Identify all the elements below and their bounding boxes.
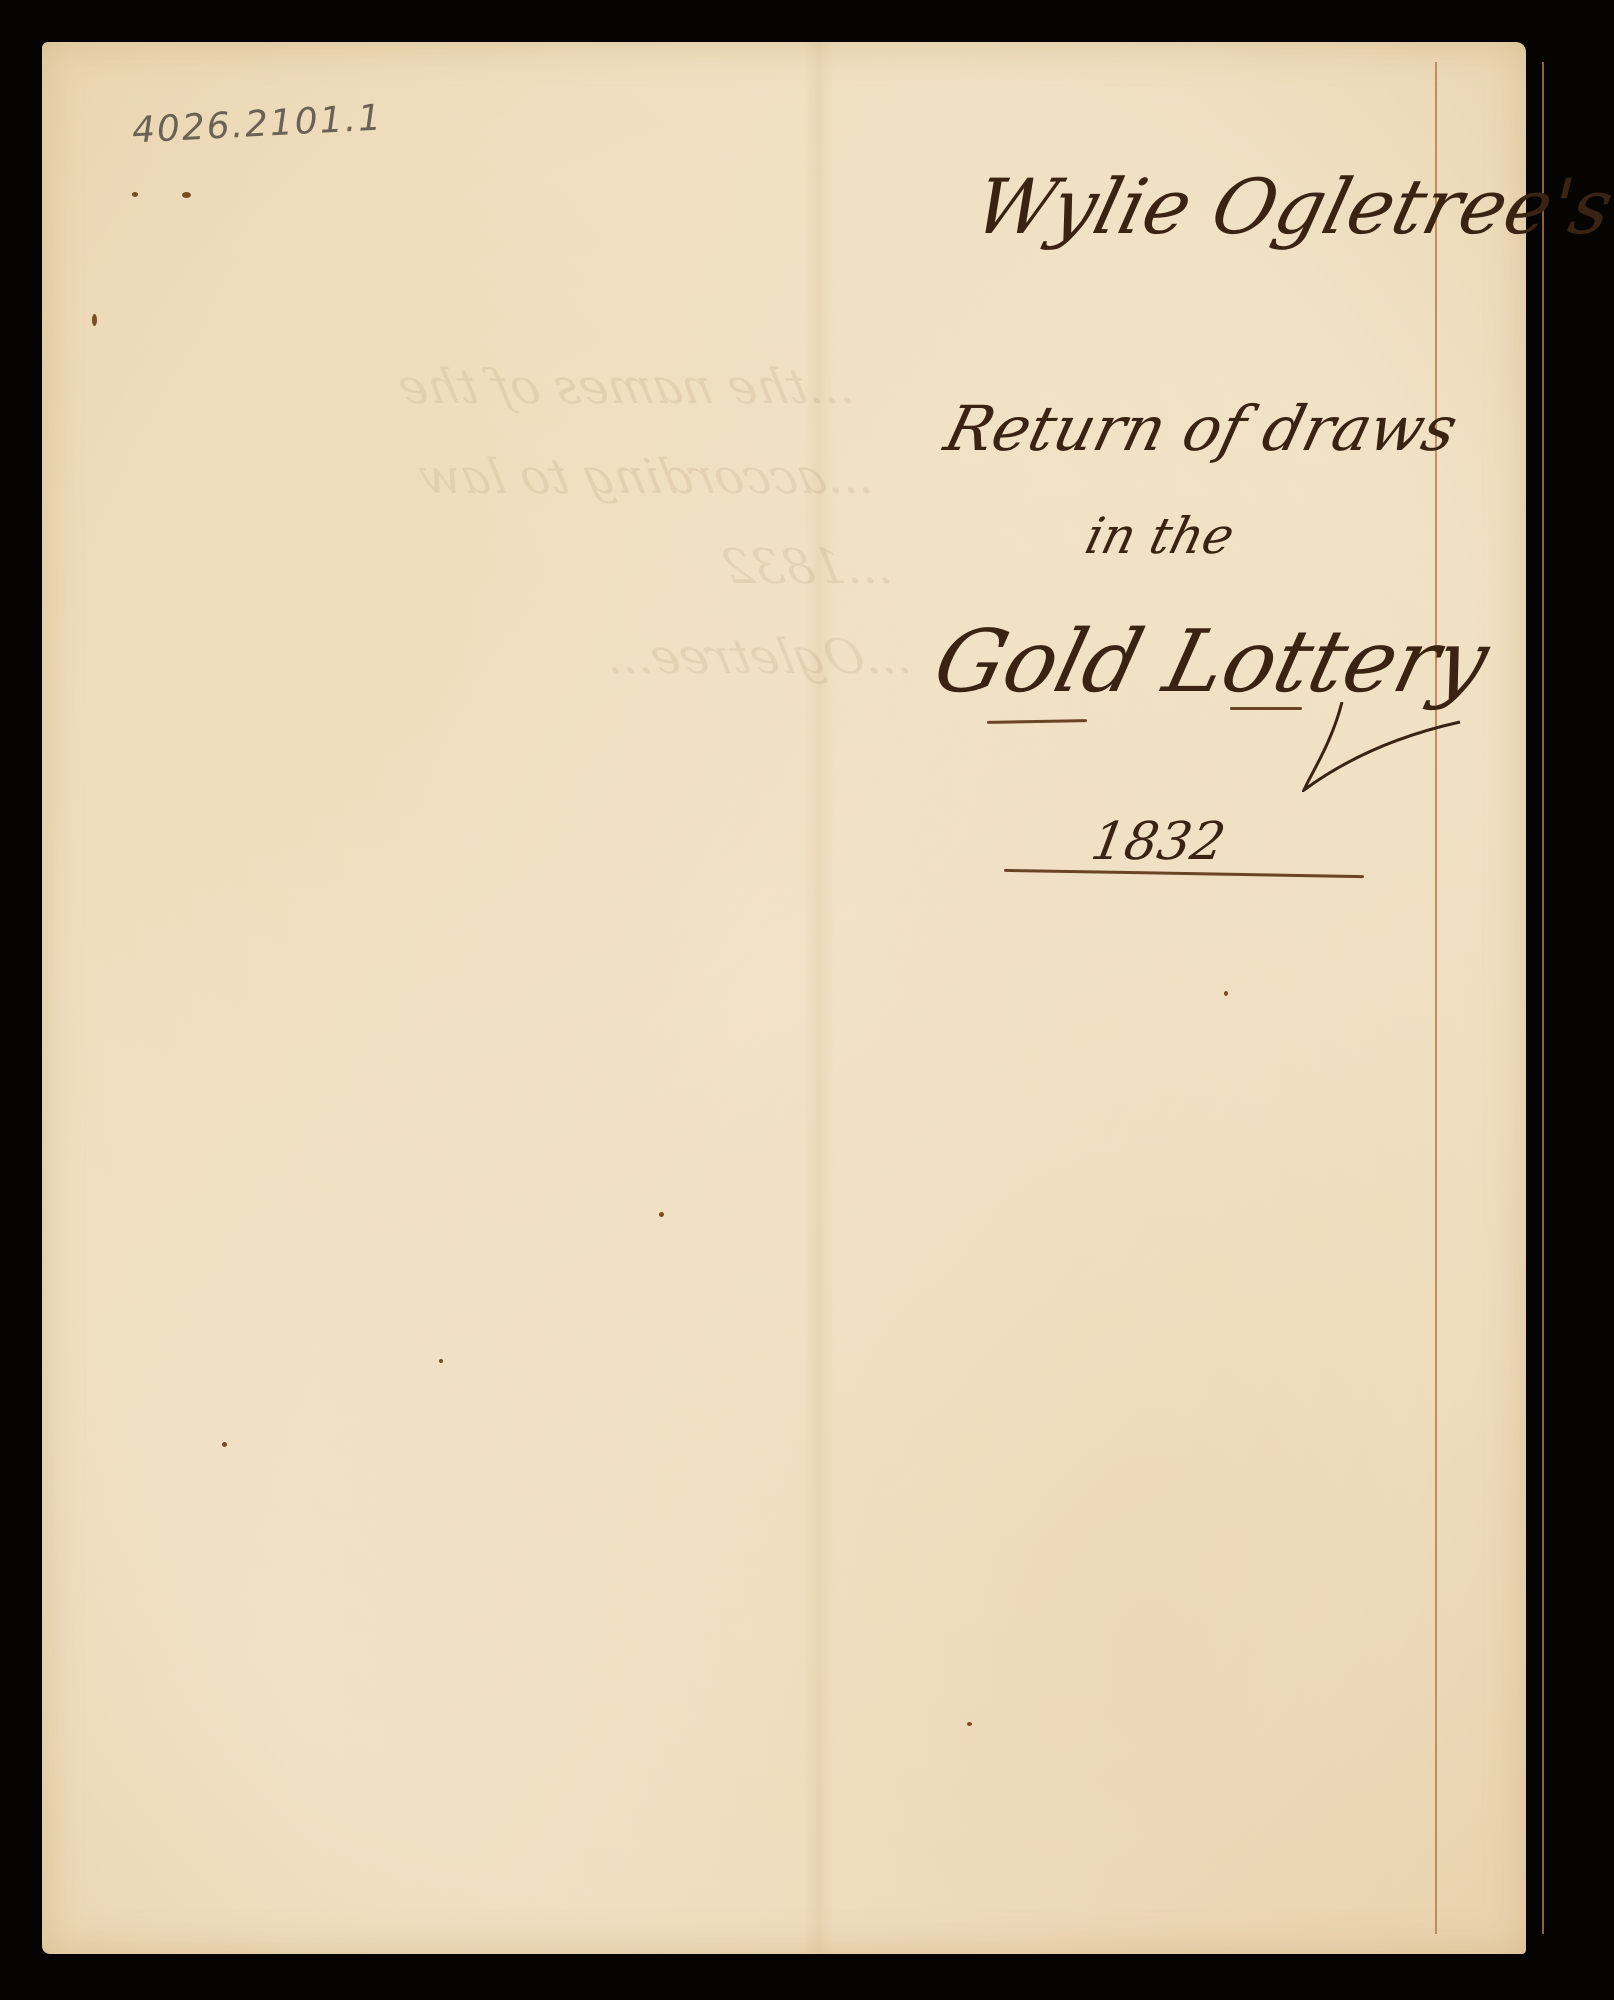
bleed-line: ...the names of the: [102, 342, 861, 432]
ink-spot: [439, 1359, 443, 1363]
docket-line-return: Return of draws: [938, 392, 1465, 465]
bleed-through-text: ...the names of the ...according to law …: [102, 342, 961, 902]
ruled-margin-line-outer: [1542, 62, 1544, 1934]
underline-lottery: [1230, 707, 1302, 710]
ink-spot: [182, 192, 191, 198]
ink-spot: [967, 1722, 972, 1726]
ink-spot: [1224, 991, 1228, 996]
docket-line-gold-lottery: Gold Lottery: [925, 612, 1499, 712]
ink-spot: [132, 192, 138, 197]
docket-line-in-the: in the: [1080, 507, 1240, 565]
ink-spot: [92, 314, 97, 326]
bleed-line: ...Ogletree...: [160, 612, 919, 702]
bleed-line: ...1832: [141, 522, 900, 612]
ink-spot: [659, 1212, 664, 1217]
lottery-flourish: [1302, 702, 1462, 792]
center-fold-crease: [804, 42, 834, 1954]
docket-year: 1832: [1087, 812, 1230, 872]
catalog-number: 4026.2101.1: [131, 97, 384, 151]
underline-gold: [987, 719, 1087, 724]
manuscript-page: 4026.2101.1 ...the names of the ...accor…: [42, 42, 1526, 1954]
docket-name: Wylie Ogletree's: [966, 162, 1614, 251]
bleed-line: ...according to law: [122, 432, 881, 522]
ink-spot: [222, 1442, 227, 1447]
ruled-margin-line: [1435, 62, 1437, 1934]
